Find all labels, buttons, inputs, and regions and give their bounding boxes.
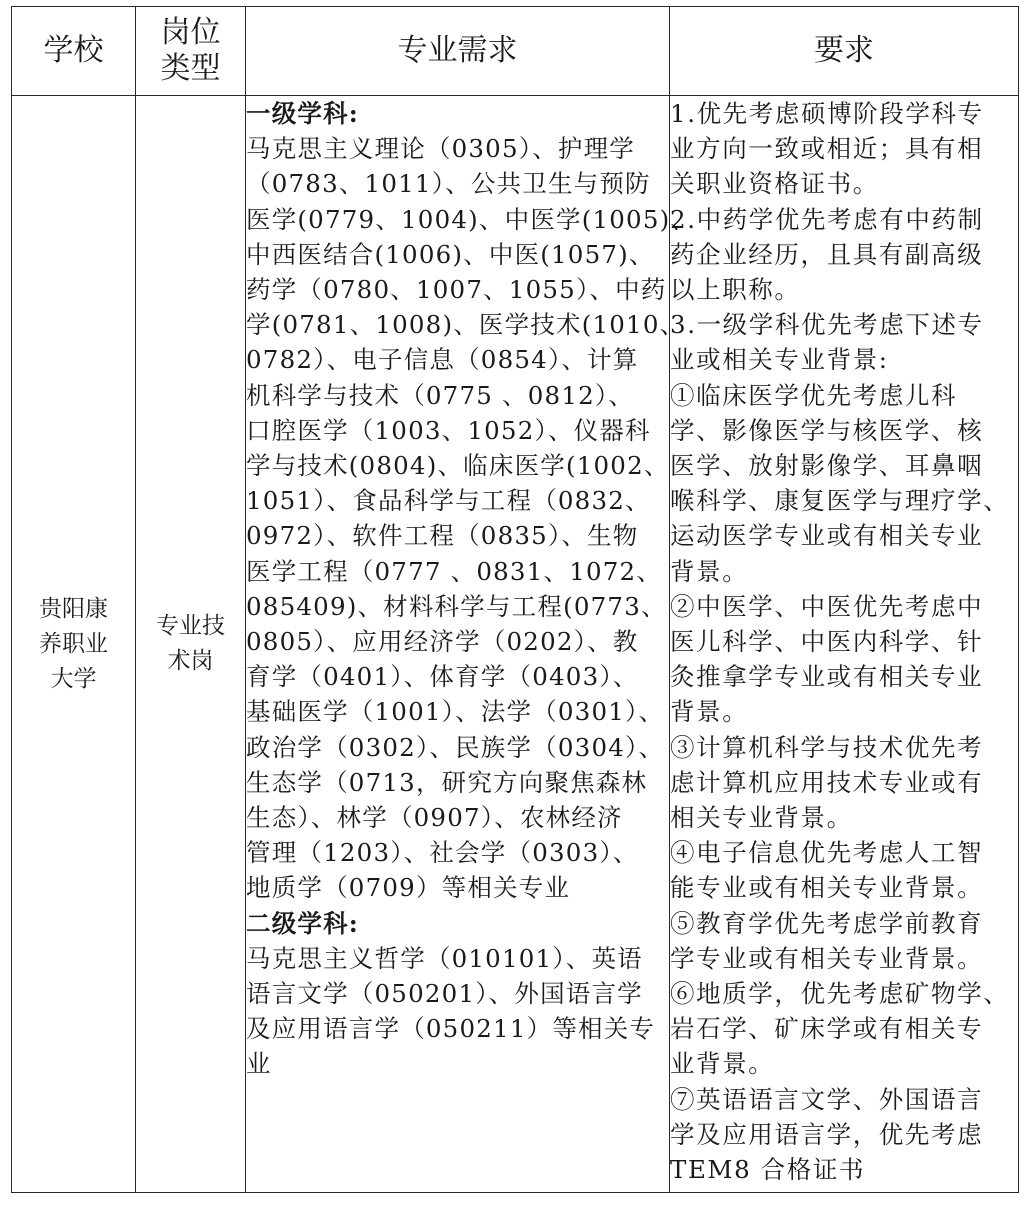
position-type-line: 术岗 [136, 644, 245, 679]
cell-requirements: 1.优先考虑硕博阶段学科专业方向一致或相近；具有相关职业资格证书。2.中药学优先… [670, 96, 1019, 1193]
school-line: 贵阳康 [12, 592, 135, 627]
requirement-text-line: ⑥地质学，优先考虑矿物学、 [670, 976, 1018, 1011]
level1-discipline-list: 马克思主义理论（0305）、护理学（0783、1011）、公共卫生与预防医学(0… [246, 131, 669, 905]
requirement-text-line: 能专业或有相关专业背景。 [670, 870, 1018, 905]
major-text-line: 0972）、软件工程（0835）、生物 [246, 518, 669, 553]
major-text-line: 管理（1203）、社会学（0303）、 [246, 835, 669, 870]
requirement-text-line: 岩石学、矿床学或有相关专 [670, 1011, 1018, 1046]
level2-discipline-list: 马克思主义哲学（010101）、英语语言文学（050201）、外国语言学及应用语… [246, 941, 669, 1082]
requirement-text-line: ②中医学、中医优先考虑中 [670, 589, 1018, 624]
major-text-line: 中西医结合(1006)、中医(1057)、 [246, 237, 669, 272]
major-text-line: 基础医学（1001）、法学（0301）、 [246, 694, 669, 729]
header-school: 学校 [12, 7, 136, 96]
requirement-text-line: ⑤教育学优先考虑学前教育 [670, 906, 1018, 941]
requirement-text-line: 喉科学、康复医学与理疗学、 [670, 483, 1018, 518]
requirement-text-line: 医学、放射影像学、耳鼻咽 [670, 448, 1018, 483]
requirements-list: 1.优先考虑硕博阶段学科专业方向一致或相近；具有相关职业资格证书。2.中药学优先… [670, 96, 1018, 1187]
header-requirements: 要求 [670, 7, 1019, 96]
requirement-text-line: 1.优先考虑硕博阶段学科专 [670, 96, 1018, 131]
requirement-text-line: TEM8 合格证书 [670, 1152, 1018, 1187]
requirement-text-line: 以上职称。 [670, 272, 1018, 307]
major-text-line: （0783、1011）、公共卫生与预防 [246, 166, 669, 201]
header-major-requirements: 专业需求 [246, 7, 670, 96]
requirement-text-line: 2.中药学优先考虑有中药制 [670, 202, 1018, 237]
major-text-line: 地质学（0709）等相关专业 [246, 870, 669, 905]
major-text-line: 机科学与技术（0775 、0812）、 [246, 378, 669, 413]
major-text-line: 学与技术(0804)、临床医学(1002、 [246, 448, 669, 483]
major-text-line: 药学（0780、1007、1055）、中药 [246, 272, 669, 307]
major-text-line: 语言文学（050201）、外国语言学 [246, 976, 669, 1011]
major-text-line: 政治学（0302）、民族学（0304）、 [246, 730, 669, 765]
major-text-line: 育学（0401）、体育学（0403）、 [246, 659, 669, 694]
major-text-line: 马克思主义理论（0305）、护理学 [246, 131, 669, 166]
header-row: 学校 岗位 类型 专业需求 要求 [12, 7, 1019, 96]
major-text-line: 及应用语言学（050211）等相关专 [246, 1011, 669, 1046]
cell-school: 贵阳康 养职业 大学 [12, 96, 136, 1193]
requirement-text-line: 灸推拿学专业或有相关专业 [670, 659, 1018, 694]
requirement-text-line: ①临床医学优先考虑儿科 [670, 378, 1018, 413]
school-line: 养职业 [12, 627, 135, 662]
requirement-text-line: ④电子信息优先考虑人工智 [670, 835, 1018, 870]
requirement-text-line: ③计算机科学与技术优先考 [670, 730, 1018, 765]
header-position-type-line2: 类型 [136, 51, 245, 87]
level1-discipline-title: 一级学科: [246, 96, 669, 131]
requirement-text-line: 业背景。 [670, 1046, 1018, 1081]
position-type-line: 专业技 [136, 609, 245, 644]
level2-discipline-title: 二级学科: [246, 906, 669, 941]
major-text-line: 1051）、食品科学与工程（0832、 [246, 483, 669, 518]
requirement-text-line: 业方向一致或相近；具有相 [670, 131, 1018, 166]
requirement-text-line: ⑦英语语言文学、外国语言 [670, 1082, 1018, 1117]
major-text-line: 085409)、材料科学与工程(0773、 [246, 589, 669, 624]
requirement-text-line: 关职业资格证书。 [670, 166, 1018, 201]
requirement-text-line: 虑计算机应用技术专业或有 [670, 765, 1018, 800]
major-text-line: 医学(0779、1004)、中医学(1005)、 [246, 202, 669, 237]
major-text-line: 医学工程（0777 、0831、1072、 [246, 554, 669, 589]
requirement-text-line: 学、影像医学与核医学、核 [670, 413, 1018, 448]
requirement-text-line: 背景。 [670, 554, 1018, 589]
major-text-line: 0805）、应用经济学（0202）、教 [246, 624, 669, 659]
school-line: 大学 [12, 662, 135, 697]
table-row: 贵阳康 养职业 大学 专业技 术岗 一级学科: 马克思主义理论（0305）、护理… [12, 96, 1019, 1193]
cell-majors: 一级学科: 马克思主义理论（0305）、护理学（0783、1011）、公共卫生与… [246, 96, 670, 1193]
header-position-type: 岗位 类型 [136, 7, 246, 96]
major-text-line: 业 [246, 1046, 669, 1081]
requirement-text-line: 背景。 [670, 694, 1018, 729]
major-text-line: 生态）、林学（0907）、农林经济 [246, 800, 669, 835]
requirement-text-line: 业或相关专业背景: [670, 342, 1018, 377]
requirement-text-line: 学专业或有相关专业背景。 [670, 941, 1018, 976]
requirement-text-line: 运动医学专业或有相关专业 [670, 518, 1018, 553]
header-position-type-line1: 岗位 [136, 15, 245, 51]
requirement-text-line: 3.一级学科优先考虑下述专 [670, 307, 1018, 342]
major-text-line: 马克思主义哲学（010101）、英语 [246, 941, 669, 976]
cell-position-type: 专业技 术岗 [136, 96, 246, 1193]
recruitment-table: 学校 岗位 类型 专业需求 要求 贵阳康 养职业 大学 专业技 术岗 一级学科:… [11, 6, 1019, 1193]
requirement-text-line: 学及应用语言学，优先考虑 [670, 1117, 1018, 1152]
requirement-text-line: 药企业经历，且具有副高级 [670, 237, 1018, 272]
major-text-line: 生态学（0713，研究方向聚焦森林 [246, 765, 669, 800]
requirement-text-line: 医儿科学、中医内科学、针 [670, 624, 1018, 659]
requirement-text-line: 相关专业背景。 [670, 800, 1018, 835]
major-text-line: 口腔医学（1003、1052）、仪器科 [246, 413, 669, 448]
major-text-line: 学(0781、1008)、医学技术(1010、 [246, 307, 669, 342]
major-text-line: 0782）、电子信息（0854）、计算 [246, 342, 669, 377]
